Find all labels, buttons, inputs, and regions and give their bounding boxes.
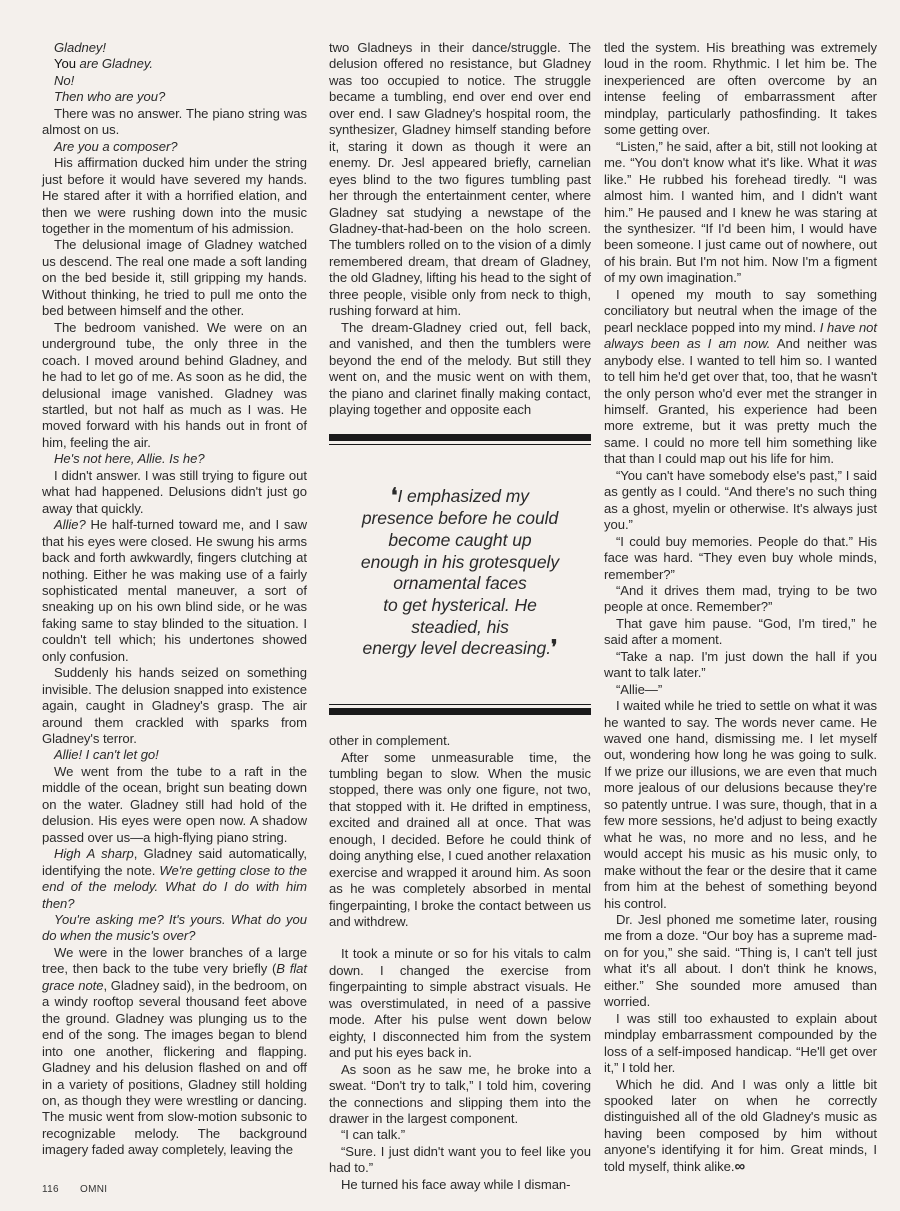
paragraph: He turned his face away while I disman- bbox=[329, 1177, 591, 1193]
paragraph: Are you a composer? bbox=[42, 139, 307, 155]
pullquote: ❛I emphasized my presence before he coul… bbox=[329, 445, 591, 704]
paragraph: The delusional image of Gladney watched … bbox=[42, 237, 307, 319]
paragraph: He's not here, Allie. Is he? bbox=[42, 451, 307, 467]
paragraph: It took a minute or so for his vitals to… bbox=[329, 946, 591, 1061]
paragraph: After some unmeasurable time, the tumbli… bbox=[329, 750, 591, 931]
paragraph: Allie! I can't let go! bbox=[42, 747, 307, 763]
pullquote-box: ❛I emphasized my presence before he coul… bbox=[329, 434, 591, 715]
divider-rule bbox=[329, 704, 591, 705]
paragraph: Dr. Jesl phoned me sometime later, rousi… bbox=[604, 912, 877, 1011]
paragraph: two Gladneys in their dance/struggle. Th… bbox=[329, 40, 591, 320]
paragraph: I was still too exhausted to explain abo… bbox=[604, 1011, 877, 1077]
paragraph: “And it drives them mad, trying to be tw… bbox=[604, 583, 877, 616]
text-column-left: Gladney! You are Gladney. No! Then who a… bbox=[42, 40, 307, 1159]
paragraph: As soon as he saw me, he broke into a sw… bbox=[329, 1062, 591, 1128]
divider-rule bbox=[329, 434, 591, 441]
publication-name: OMNI bbox=[80, 1184, 107, 1195]
paragraph: “Sure. I just didn't want you to feel li… bbox=[329, 1144, 591, 1177]
divider-rule bbox=[329, 708, 591, 715]
paragraph: Suddenly his hands seized on something i… bbox=[42, 665, 307, 747]
page-number: 116 bbox=[42, 1184, 80, 1195]
page-footer: 116OMNI bbox=[42, 1184, 107, 1195]
paragraph: “Listen,” he said, after a bit, still no… bbox=[604, 139, 877, 287]
paragraph: “I could buy memories. People do that.” … bbox=[604, 534, 877, 583]
paragraph: tled the system. His breathing was extre… bbox=[604, 40, 877, 139]
paragraph: You are Gladney. bbox=[42, 56, 307, 72]
paragraph: “Allie—” bbox=[604, 682, 877, 698]
paragraph: The dream-Gladney cried out, fell back, … bbox=[329, 320, 591, 419]
paragraph: We went from the tube to a raft in the m… bbox=[42, 764, 307, 846]
paragraph: “Take a nap. I'm just down the hall if y… bbox=[604, 649, 877, 682]
paragraph: I didn't answer. I was still trying to f… bbox=[42, 468, 307, 517]
end-mark-icon: ∞ bbox=[734, 1158, 743, 1175]
paragraph: There was no answer. The piano string wa… bbox=[42, 106, 307, 139]
paragraph: “You can't have somebody else's past,” I… bbox=[604, 468, 877, 534]
paragraph: I opened my mouth to say something conci… bbox=[604, 287, 877, 468]
paragraph: I waited while he tried to settle on wha… bbox=[604, 698, 877, 912]
magazine-page: Gladney! You are Gladney. No! Then who a… bbox=[0, 0, 900, 1211]
paragraph: You're asking me? It's yours. What do yo… bbox=[42, 912, 307, 945]
text-column-right: tled the system. His breathing was extre… bbox=[604, 40, 877, 1175]
text-column-middle: two Gladneys in their dance/struggle. Th… bbox=[329, 40, 591, 1193]
paragraph: Allie? He half-turned toward me, and I s… bbox=[42, 517, 307, 665]
paragraph: Which he did. And I was only a little bi… bbox=[604, 1077, 877, 1176]
close-quote-icon: ❜ bbox=[551, 637, 557, 659]
paragraph: High A sharp, Gladney said automatically… bbox=[42, 846, 307, 912]
paragraph: That gave him pause. “God, I'm tired,” h… bbox=[604, 616, 877, 649]
paragraph: Then who are you? bbox=[42, 89, 307, 105]
paragraph: Gladney! bbox=[42, 40, 307, 56]
paragraph: His affirmation ducked him under the str… bbox=[42, 155, 307, 237]
paragraph: We were in the lower branches of a large… bbox=[42, 945, 307, 1159]
paragraph: The bedroom vanished. We were on an unde… bbox=[42, 320, 307, 452]
paragraph: No! bbox=[42, 73, 307, 89]
paragraph: “I can talk.” bbox=[329, 1127, 591, 1143]
paragraph: other in complement. bbox=[329, 733, 591, 749]
